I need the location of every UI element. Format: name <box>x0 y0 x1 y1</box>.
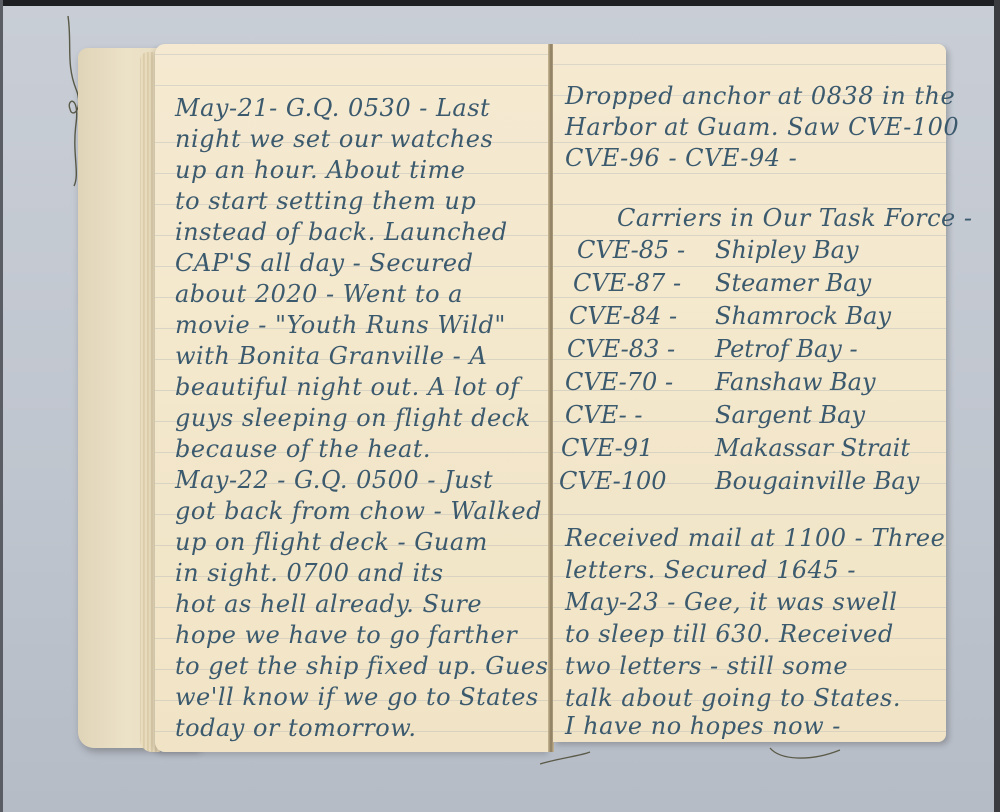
ship-name: Makassar Strait <box>715 434 910 462</box>
handwritten-line: we'll know if we go to States <box>175 683 539 711</box>
hull-number: CVE-100 <box>559 467 667 495</box>
ship-name: Fanshaw Bay <box>715 368 876 396</box>
handwritten-line: May-21- G.Q. 0530 - Last <box>175 94 490 122</box>
handwritten-line: instead of back. Launched <box>175 218 508 246</box>
carrier-row: CVE-87 - Steamer Bay <box>553 269 933 301</box>
carrier-row: CVE-91 Makassar Strait <box>553 434 933 466</box>
hull-number: CVE-87 - <box>573 269 681 297</box>
scanner-right-edge <box>994 0 1000 812</box>
carrier-row: CVE-70 - Fanshaw Bay <box>553 368 933 400</box>
handwritten-line: CAP'S all day - Secured <box>175 249 473 277</box>
handwritten-line: to start setting them up <box>175 187 476 215</box>
right-page: Dropped anchor at 0838 in the Harbor at … <box>553 44 946 742</box>
handwritten-line: with Bonita Granville - A <box>175 342 487 370</box>
handwritten-line: hope we have to go farther <box>175 621 517 649</box>
handwritten-line: talk about going to States. <box>565 684 901 712</box>
carrier-list-heading: Carriers in Our Task Force - <box>617 204 973 232</box>
handwritten-line: letters. Secured 1645 - <box>565 556 856 584</box>
hull-number: CVE-85 - <box>577 236 685 264</box>
binding-thread-bottom <box>540 742 880 772</box>
handwritten-line: up on flight deck - Guam <box>175 528 488 556</box>
ship-name: Bougainville Bay <box>715 467 919 495</box>
handwritten-line: two letters - still some <box>565 652 848 680</box>
ship-name: Steamer Bay <box>715 269 871 297</box>
carrier-row: CVE- - Sargent Bay <box>553 401 933 433</box>
handwritten-line: to sleep till 630. Received <box>565 620 894 648</box>
handwritten-line: to get the ship fixed up. Guess <box>175 652 561 680</box>
hull-number: CVE- - <box>565 401 643 429</box>
handwritten-line: got back from chow - Walked <box>175 497 542 525</box>
ship-name: Shipley Bay <box>715 236 859 264</box>
left-page: May-21- G.Q. 0530 - Last night we set ou… <box>155 44 550 752</box>
handwritten-line: hot as hell already. Sure <box>175 590 482 618</box>
handwritten-line: guys sleeping on flight deck <box>175 404 531 432</box>
handwritten-line: Harbor at Guam. Saw CVE-100 <box>565 113 959 141</box>
scanner-left-edge <box>0 0 3 812</box>
handwritten-line: night we set our watches <box>175 125 493 153</box>
handwritten-line: movie - "Youth Runs Wild" <box>175 311 506 339</box>
ship-name: Petrof Bay - <box>715 335 858 363</box>
handwritten-line: CVE-96 - CVE-94 - <box>565 144 797 172</box>
handwritten-line: Received mail at 1100 - Three <box>565 524 945 552</box>
handwritten-line: May-22 - G.Q. 0500 - Just <box>175 466 493 494</box>
handwritten-line: today or tomorrow. <box>175 714 417 742</box>
ship-name: Sargent Bay <box>715 401 865 429</box>
handwritten-line: up an hour. About time <box>175 156 465 184</box>
handwritten-line: in sight. 0700 and its <box>175 559 444 587</box>
hull-number: CVE-91 <box>561 434 653 462</box>
handwritten-line: because of the heat. <box>175 435 431 463</box>
hull-number: CVE-83 - <box>567 335 675 363</box>
ship-name: Shamrock Bay <box>715 302 891 330</box>
hull-number: CVE-84 - <box>569 302 677 330</box>
handwritten-line: May-23 - Gee, it was swell <box>565 588 897 616</box>
handwritten-line: I have no hopes now - <box>565 712 841 740</box>
carrier-row: CVE-85 - Shipley Bay <box>553 236 933 268</box>
handwritten-line: Dropped anchor at 0838 in the <box>565 82 955 110</box>
scanner-top-edge <box>0 0 1000 6</box>
handwritten-line: about 2020 - Went to a <box>175 280 463 308</box>
carrier-row: CVE-100 Bougainville Bay <box>553 467 933 499</box>
carrier-row: CVE-83 - Petrof Bay - <box>553 335 933 367</box>
handwritten-line: beautiful night out. A lot of <box>175 373 520 401</box>
carrier-row: CVE-84 - Shamrock Bay <box>553 302 933 334</box>
hull-number: CVE-70 - <box>565 368 673 396</box>
